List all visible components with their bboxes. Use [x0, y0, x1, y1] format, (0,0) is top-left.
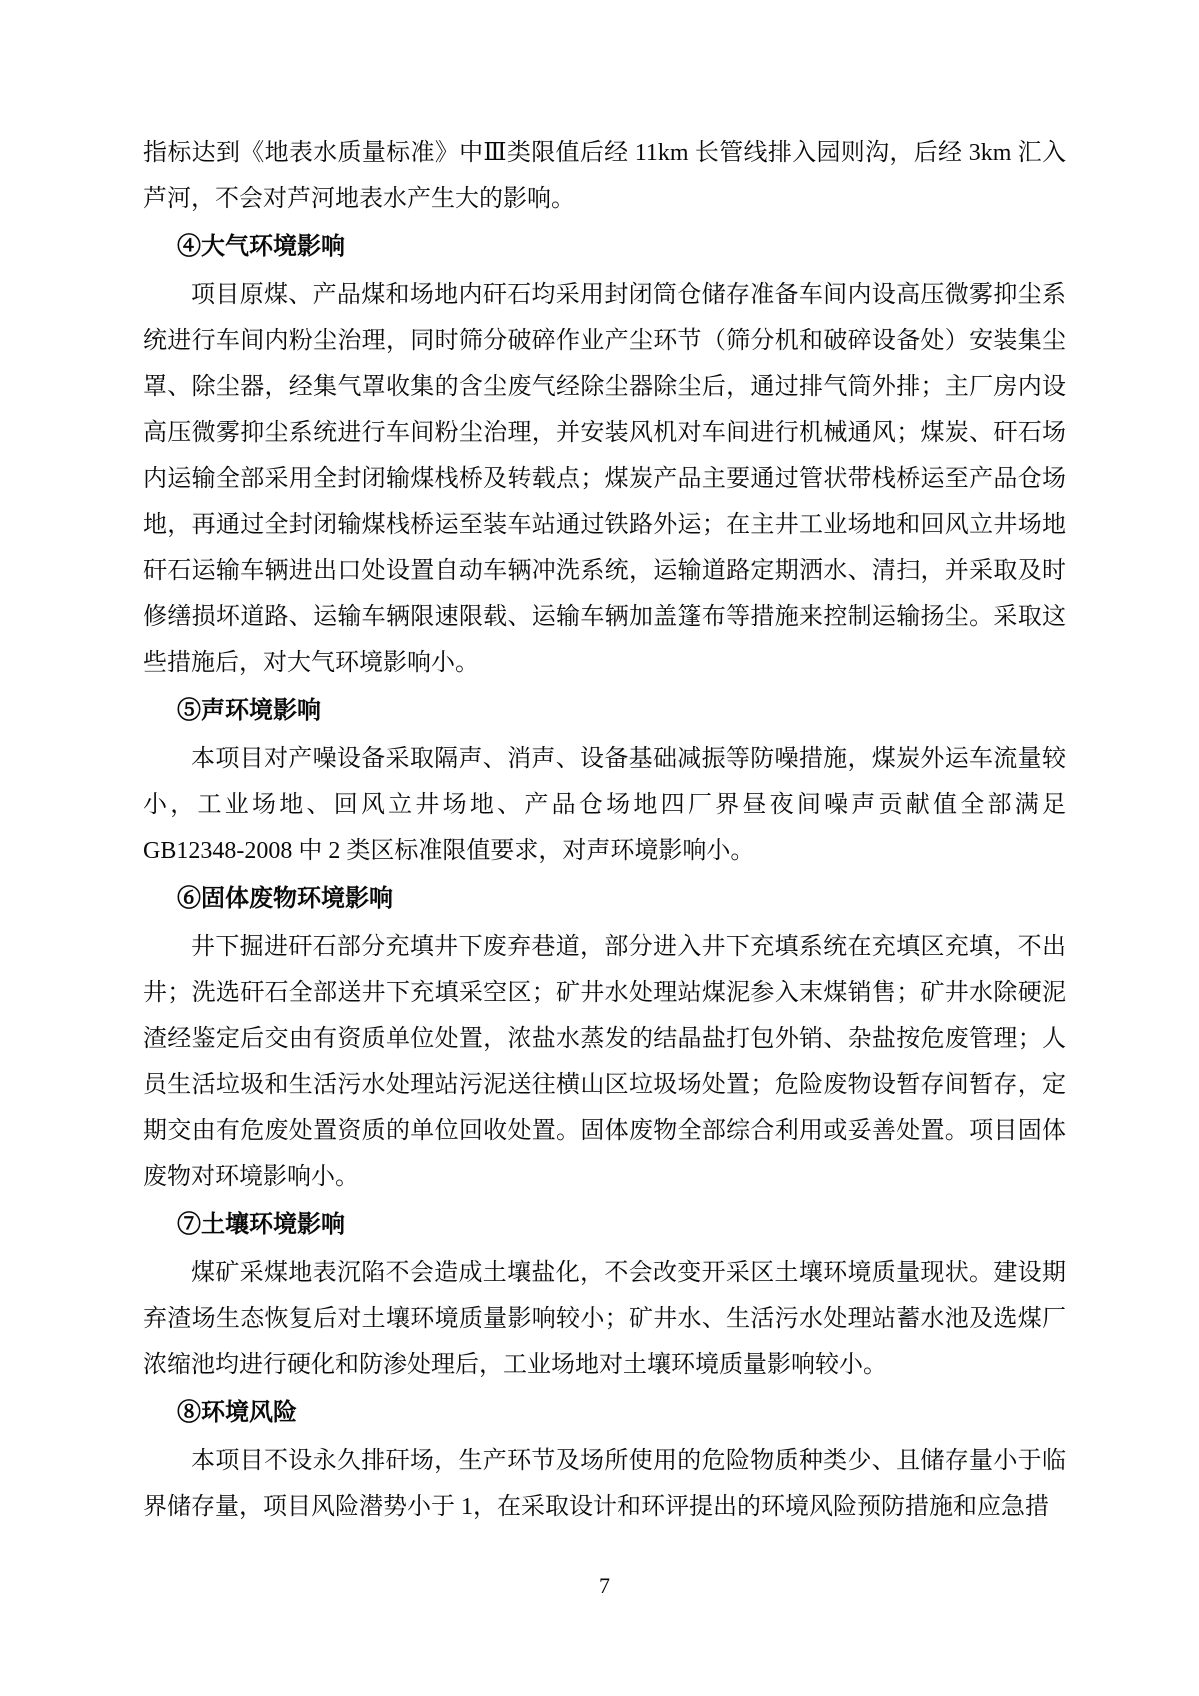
paragraph-soil-environment-impact: 煤矿采煤地表沉陷不会造成土壤盐化，不会改变开采区土壤环境质量现状。建设期弃渣场生…	[143, 1250, 1066, 1388]
paragraph-noise-environment-impact: 本项目对产噪设备采取隔声、消声、设备基础减振等防噪措施，煤炭外运车流量较小，工业…	[143, 736, 1066, 874]
heading-noise-environment-impact: ⑤声环境影响	[143, 688, 1066, 734]
heading-solid-waste-impact: ⑥固体废物环境影响	[143, 876, 1066, 922]
heading-environmental-risk: ⑧环境风险	[143, 1390, 1066, 1436]
paragraph-air-environment-impact: 项目原煤、产品煤和场地内矸石均采用封闭筒仓储存准备车间内设高压微雾抑尘系统进行车…	[143, 272, 1066, 686]
document-page: 指标达到《地表水质量标准》中Ⅲ类限值后经 11km 长管线排入园则沟，后经 3k…	[0, 0, 1199, 1696]
heading-air-environment-impact: ④大气环境影响	[143, 224, 1066, 270]
paragraph-surface-water-continuation: 指标达到《地表水质量标准》中Ⅲ类限值后经 11km 长管线排入园则沟，后经 3k…	[143, 130, 1066, 222]
page-number: 7	[143, 1572, 1066, 1600]
paragraph-solid-waste-impact: 井下掘进矸石部分充填井下废弃巷道，部分进入井下充填系统在充填区充填，不出井；洗选…	[143, 924, 1066, 1200]
heading-soil-environment-impact: ⑦土壤环境影响	[143, 1202, 1066, 1248]
paragraph-environmental-risk: 本项目不设永久排矸场，生产环节及场所使用的危险物质种类少、且储存量小于临界储存量…	[143, 1438, 1066, 1530]
